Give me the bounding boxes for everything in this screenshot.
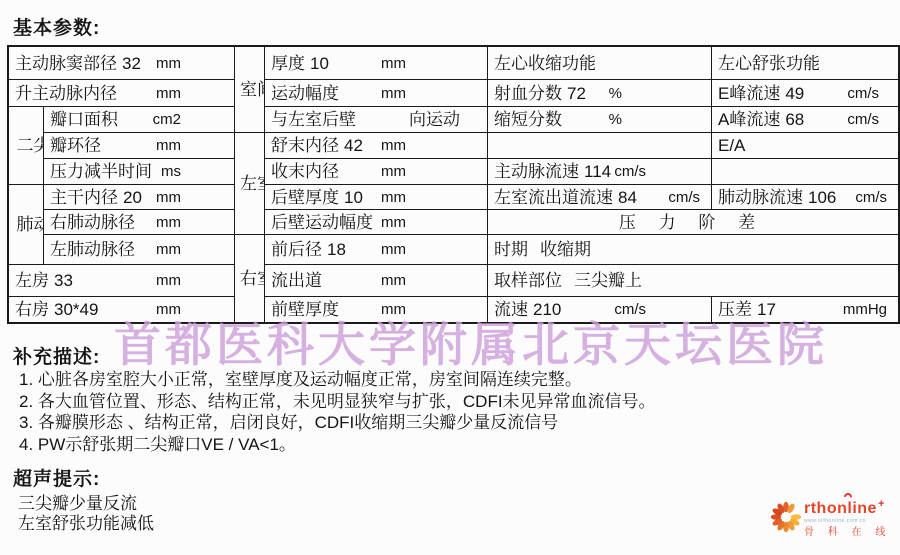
cell-unit: mm — [156, 56, 181, 71]
parameters-table: 主动脉窦部径32mm 室间隔 厚度10mm 左心收缩功能 左心舒张功能 升主动脉… — [7, 45, 900, 324]
cell-label: 后壁厚度 — [271, 189, 339, 206]
cell-lvot-velocity: 左室流出道流速84cm/s — [488, 185, 712, 210]
cell-label: 流速 — [494, 301, 528, 318]
cell-label: 肺动脉流速 — [718, 189, 803, 206]
cell-label: 前后径 — [271, 241, 322, 258]
cell-label: 主动脉流速 — [494, 163, 579, 180]
cell-unit: cm/s — [847, 112, 879, 127]
cell-label: 厚度 — [271, 55, 305, 72]
cell-unit: mm — [381, 302, 406, 317]
cell-label: 主动脉窦部径 — [15, 55, 117, 72]
cell-unit: mm — [156, 273, 181, 288]
cell-label: E峰流速 — [718, 85, 780, 102]
cell-lv-pw-motion: 后壁运动幅度mm — [265, 210, 488, 235]
cell-value: 10 — [310, 55, 329, 72]
group-label-lv: 左室 — [235, 133, 265, 235]
cell-right-atrium: 右房30*49mm — [9, 297, 235, 322]
cell-unit: % — [609, 86, 622, 101]
cell-fractional-shortening: 缩短分数% — [488, 107, 712, 133]
cell-unit: mm — [381, 86, 406, 101]
cell-label: 缩短分数 — [494, 111, 562, 128]
cell-empty — [488, 133, 712, 159]
cell-aortic-velocity: 主动脉流速114cm/s — [488, 159, 712, 185]
cell-label: 收末内径 — [271, 163, 339, 180]
cell-unit: mm — [381, 215, 406, 230]
cell-label: 右肺动脉径 — [50, 214, 135, 231]
cell-empty — [712, 159, 898, 185]
cell-annulus: 瓣环径mm — [44, 133, 235, 159]
cell-a-peak: A峰流速68cm/s — [712, 107, 898, 133]
cell-label: 取样部位 — [494, 272, 562, 289]
cell-label: 舒末内径 — [271, 137, 339, 154]
header-lv-systolic: 左心收缩功能 — [488, 47, 712, 80]
cell-label: 流出道 — [271, 272, 322, 289]
cell-unit: mm — [156, 190, 181, 205]
cell-unit: mm — [156, 86, 181, 101]
cell-lv-esd: 收末内径mm — [265, 159, 488, 185]
cell-lv-edd: 舒末内径42mm — [265, 133, 488, 159]
supplement-item: 3. 各瓣膜形态 、结构正常，启闭良好，CDFI收缩期三尖瓣少量反流信号 — [19, 412, 656, 434]
cell-left-atrium: 左房33mm — [9, 265, 235, 297]
cell-unit: cm/s — [614, 302, 646, 317]
cell-label: 压差 — [718, 301, 752, 318]
cell-label: 瓣口面积 — [50, 111, 118, 128]
cell-unit: cm/s — [847, 86, 879, 101]
cell-label: 与左室后壁 — [271, 111, 356, 128]
cell-unit: cm/s — [668, 190, 700, 205]
hint-line: 左室舒张功能减低 — [18, 514, 154, 534]
cell-unit: mm — [381, 273, 406, 288]
cell-label: 后壁运动幅度 — [271, 214, 373, 231]
cell-label: 升主动脉内径 — [15, 85, 117, 102]
cell-pa-velocity: 肺动脉流速106cm/s — [712, 185, 898, 210]
orthonline-flower-icon — [770, 497, 802, 542]
cell-label: 压力减半时间 — [50, 163, 152, 180]
cell-unit: mm — [381, 190, 406, 205]
cell-unit: cm/s — [614, 164, 646, 179]
cell-unit: ms — [161, 164, 181, 179]
cell-unit: mm — [156, 302, 181, 317]
logo-url: www.orthonline.com.cn — [804, 518, 891, 524]
page-title: 基本参数: — [13, 13, 100, 40]
cell-unit: mmHg — [843, 302, 887, 317]
cell-label: A峰流速 — [718, 111, 780, 128]
cell-ivs-thickness: 厚度10mm — [265, 47, 488, 80]
cell-label: 时期 — [494, 241, 528, 258]
group-label-ivs: 室间隔 — [235, 47, 265, 133]
ultrasound-hint-heading: 超声提示: — [13, 464, 100, 491]
cell-ejection-fraction: 射血分数72% — [488, 80, 712, 107]
cell-rv-aw-thickness: 前壁厚度mm — [265, 297, 488, 322]
supplement-list: 1. 心脏各房室腔大小正常，室壁厚度及运动幅度正常，房室间隔连续完整。 2. 各… — [19, 369, 656, 455]
cell-unit: mm — [381, 56, 406, 71]
cell-pa-trunk: 主干内径20mm — [44, 185, 235, 210]
cell-asc-aorta: 升主动脉内径mm — [9, 80, 235, 107]
cell-label: 主干内径 — [50, 189, 118, 206]
cell-pht: 压力减半时间ms — [44, 159, 235, 185]
supplement-item: 2. 各大血管位置、形态、结构正常，未见明显狭窄与扩张，CDFI未见异常血流信号… — [19, 391, 656, 413]
supplement-heading: 补充描述: — [13, 342, 100, 369]
supplement-item: 4. PW示舒张期二尖瓣口VE / VA<1。 — [19, 434, 656, 456]
orthonline-logo-text: rthonline+ www.orthonline.com.cn 骨 科 在 线 — [804, 497, 891, 538]
cell-label: 前壁厚度 — [271, 301, 339, 318]
group-label-pulmonary: 肺动脉 — [9, 185, 44, 265]
cell-ivs-wall-relation: 与左室后壁向运动 — [265, 107, 488, 133]
orthonline-logo: rthonline+ www.orthonline.com.cn 骨 科 在 线 — [770, 497, 891, 542]
cell-label: 射血分数 — [494, 85, 562, 102]
logo-plus: + — [878, 498, 885, 510]
cell-unit: mm — [381, 164, 406, 179]
cell-lpa: 左肺动脉径mm — [44, 235, 235, 265]
group-label-mitral: 二尖瓣 — [9, 107, 44, 185]
ultrasound-hint-lines: 三尖瓣少量反流 左室舒张功能减低 — [18, 494, 154, 533]
cell-ea-ratio: E/A — [712, 133, 898, 159]
cell-unit: mm — [156, 242, 181, 257]
cell-e-peak: E峰流速49cm/s — [712, 80, 898, 107]
cell-aortic-sinus: 主动脉窦部径32mm — [9, 47, 235, 80]
cell-label: 运动幅度 — [271, 85, 339, 102]
cell-unit: cm2 — [153, 112, 181, 127]
cell-rpa: 右肺动脉径mm — [44, 210, 235, 235]
cell-phase: 时期收缩期 — [488, 235, 898, 265]
cell-label: 瓣环径 — [50, 137, 101, 154]
logo-caption: 骨 科 在 线 — [804, 527, 891, 538]
cell-orifice-area: 瓣口面积cm2 — [44, 107, 235, 133]
cell-unit: mm — [156, 138, 181, 153]
cell-pressure-gradient-value: 压差17mmHg — [712, 297, 898, 322]
cell-ivs-motion: 运动幅度mm — [265, 80, 488, 107]
group-label-rv: 右室 — [235, 235, 265, 322]
cell-unit: % — [609, 112, 622, 127]
cell-label: E/A — [718, 137, 745, 154]
cell-sampling-site: 取样部位三尖瓣上 — [488, 265, 898, 297]
cell-value: 32 — [122, 55, 141, 72]
cell-rv-outflow: 流出道mm — [265, 265, 488, 297]
echo-report-page: 基本参数: 主动脉窦部径32mm 室间隔 厚度10mm 左心收缩功能 左心舒张功… — [0, 0, 900, 555]
cell-label: 左室流出道流速 — [494, 189, 613, 206]
supplement-item: 1. 心脏各房室腔大小正常，室壁厚度及运动幅度正常，房室间隔连续完整。 — [19, 369, 656, 391]
cell-unit: mm — [156, 215, 181, 230]
cell-tr-velocity: 流速210cm/s — [488, 297, 712, 322]
cell-label: 右房 — [15, 301, 49, 318]
header-lv-diastolic: 左心舒张功能 — [712, 47, 898, 80]
cell-unit: cm/s — [855, 190, 887, 205]
cell-rv-ap-diameter: 前后径18mm — [265, 235, 488, 265]
header-pressure-gradient: 压 力 阶 差 — [488, 210, 898, 235]
cell-unit: mm — [381, 138, 406, 153]
logo-brand: rthonline+ — [804, 500, 885, 517]
cell-lv-pw-thickness: 后壁厚度10mm — [265, 185, 488, 210]
cell-unit: mm — [381, 242, 406, 257]
hint-line: 三尖瓣少量反流 — [18, 494, 154, 514]
cell-label: 左肺动脉径 — [50, 241, 135, 258]
cell-label: 左房 — [15, 272, 49, 289]
